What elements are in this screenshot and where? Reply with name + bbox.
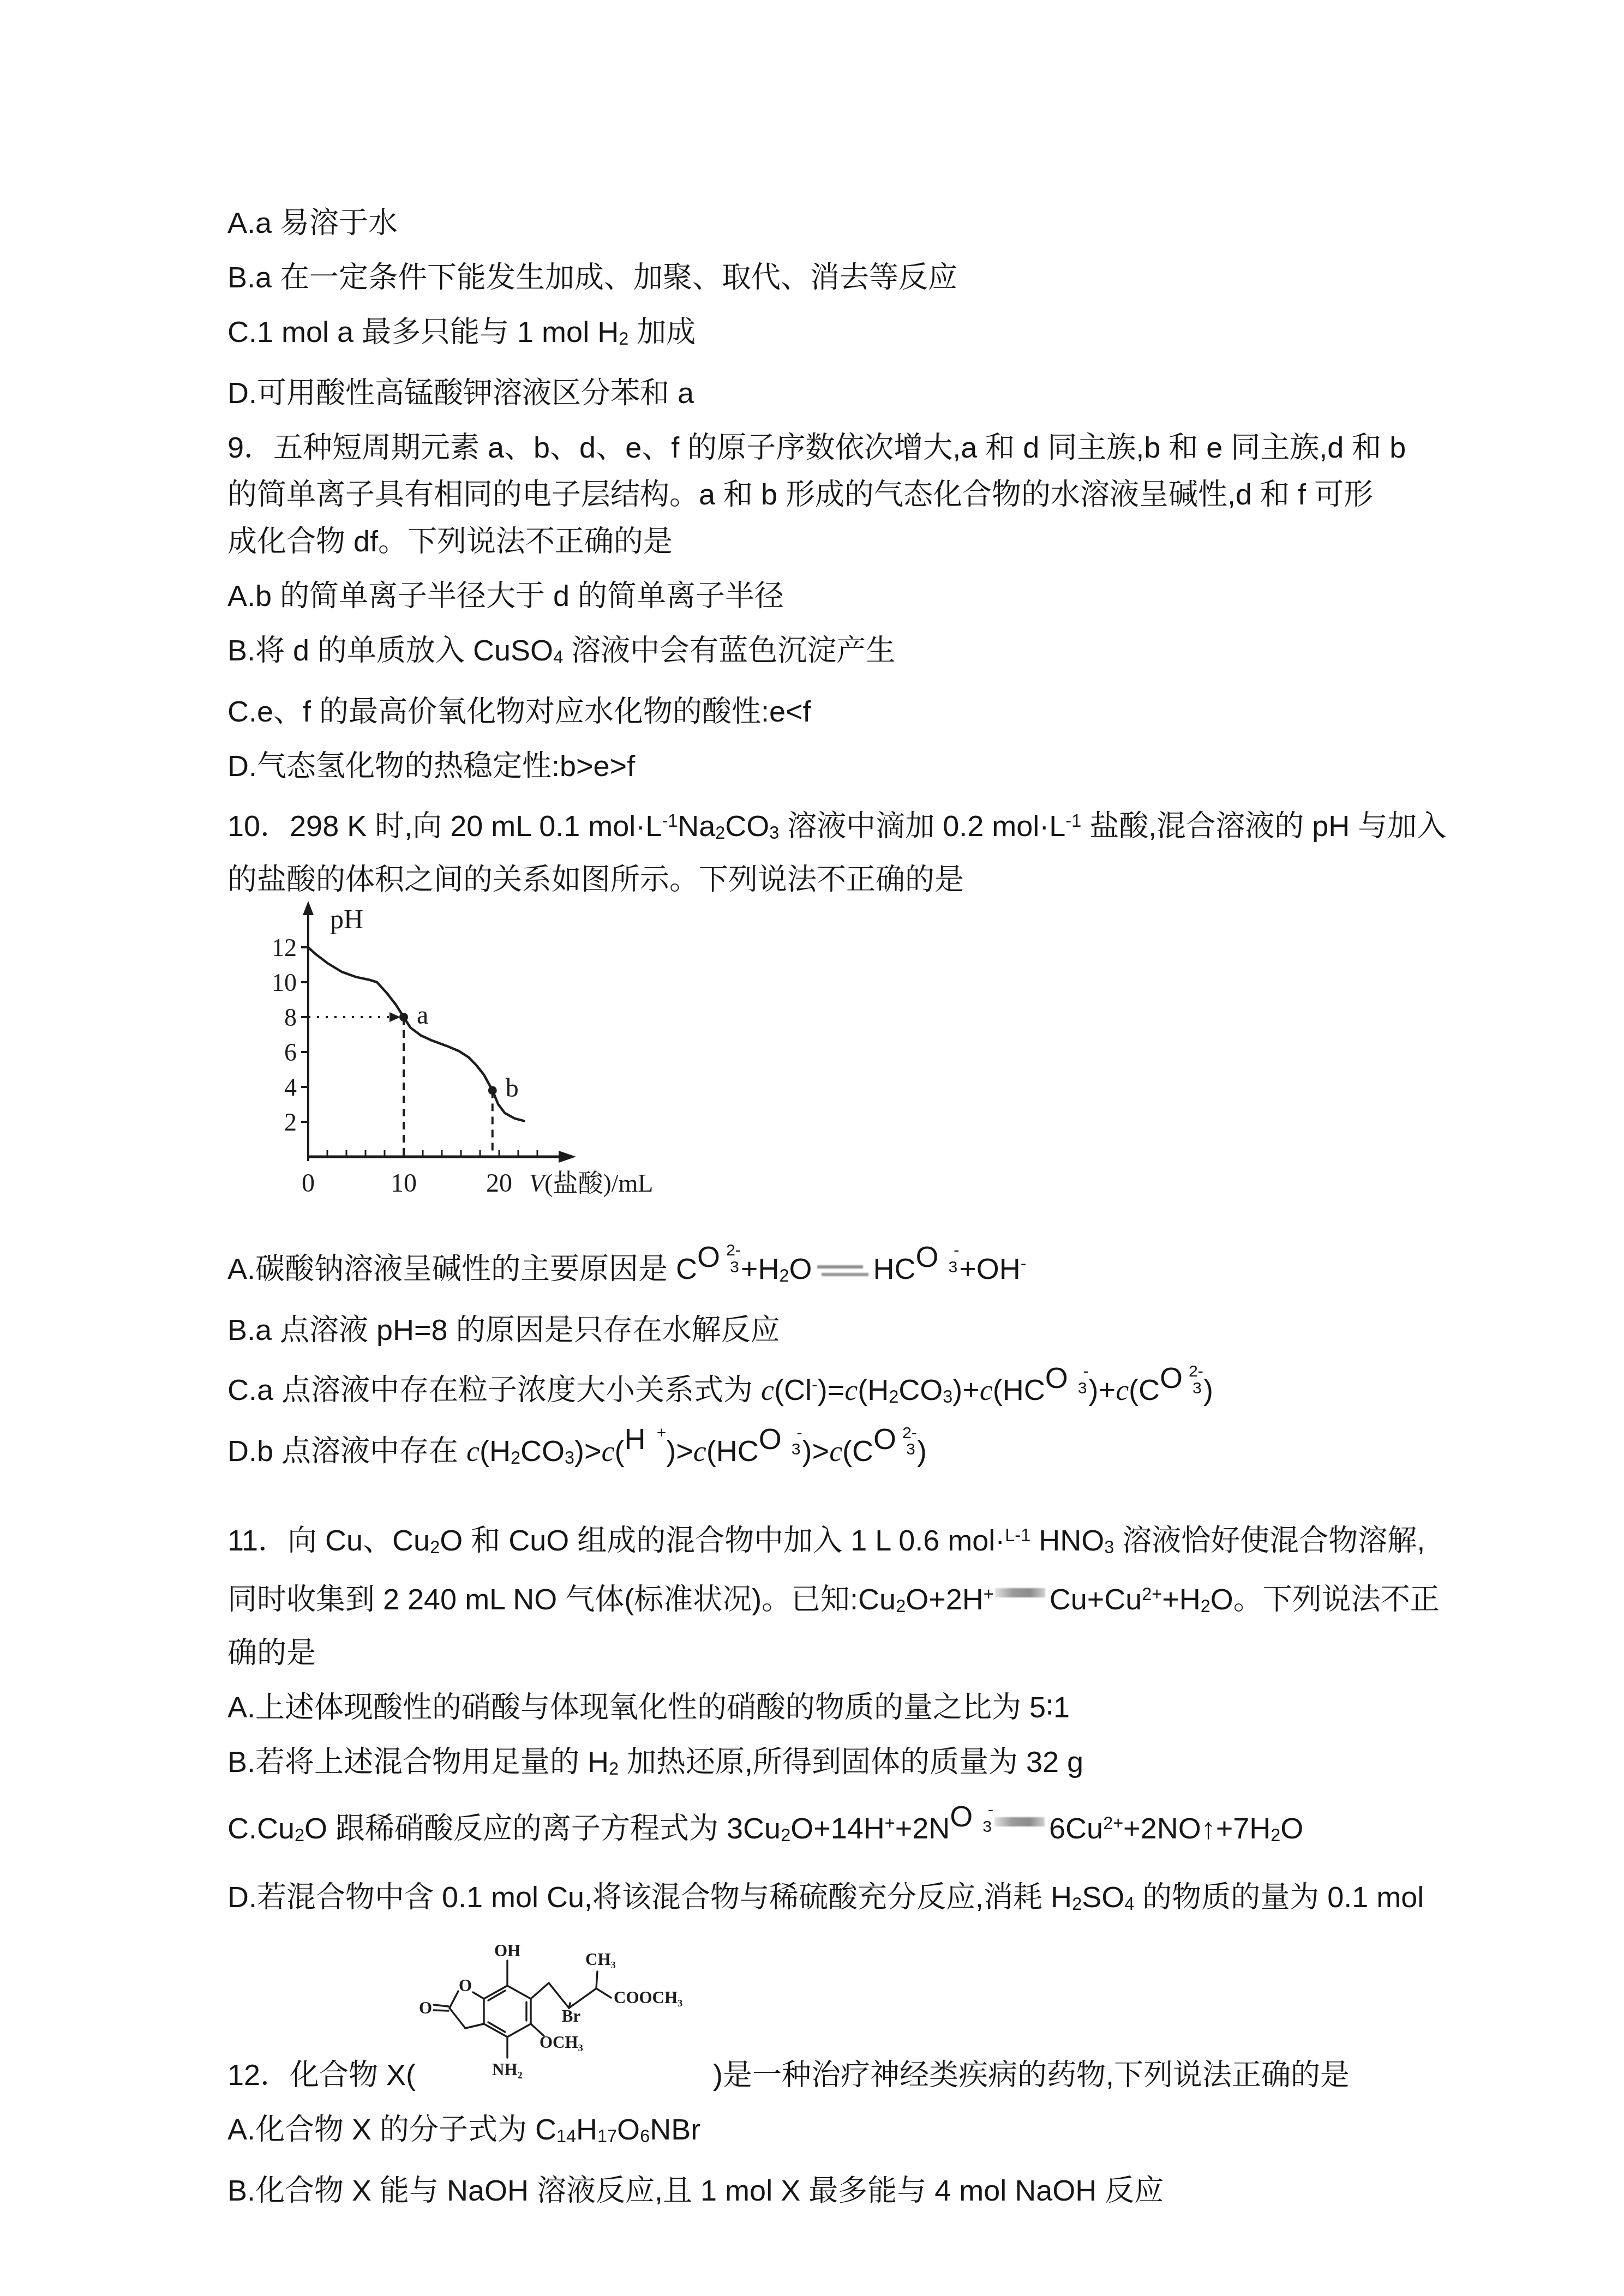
y-tick-label: 2 [284, 1108, 297, 1136]
text-run: A.化合物 X 的分子式为 C [227, 2113, 556, 2146]
text-run: Na [678, 810, 715, 843]
subscript: 4 [553, 647, 563, 667]
methyl-label: CH₃ [585, 1950, 616, 1969]
text-run: (H [480, 1435, 511, 1468]
superscript: + [885, 1813, 895, 1833]
text-run: 的物质的量为 0.1 mol [1134, 1881, 1424, 1914]
text-run: 溶液中滴加 0.2 mol·L [779, 810, 1065, 843]
ph-chart: 2468101201020pHV(盐酸)/mLab [273, 894, 698, 1205]
x-axis-title: V(盐酸)/mL [529, 1169, 653, 1197]
text-line: 9．五种短周期元素 a、b、d、e、f 的原子序数依次增大,a 和 d 同主族,… [227, 424, 1482, 471]
subscript: 3 [565, 1448, 574, 1468]
italic-symbol: c [980, 1374, 993, 1407]
subscript: 2 [889, 1387, 898, 1407]
text-run: +H [741, 1253, 780, 1285]
text-line: C.Cu2O 跟稀硝酸反应的离子方程式为 3Cu2O+14H++2NO-36Cu… [227, 1800, 1482, 1859]
methoxy-label: OCH₃ [540, 2033, 583, 2052]
superscript: 2+ [1103, 1813, 1123, 1833]
text-run: O+2H [906, 1583, 984, 1615]
raised-formula-fragment: O2-3 [873, 1436, 917, 1466]
x-tick-label: 20 [486, 1169, 512, 1198]
text-run: )= [818, 1374, 845, 1407]
text-run: +H [1162, 1583, 1201, 1615]
text-run: CO [725, 810, 769, 843]
text-run: (Cl [774, 1374, 812, 1407]
italic-symbol: c [693, 1435, 706, 1468]
superscript: -1 [1065, 811, 1081, 831]
carbonyl-oxygen-label: O [419, 1998, 432, 2017]
text-run: )> [666, 1435, 693, 1468]
superscript: - [812, 1375, 818, 1395]
text-line: 同时收集到 2 240 mL NO 气体(标准状况)。已知:Cu2O+2H+Cu… [227, 1571, 1482, 1630]
raised-formula-fragment: H+ [625, 1436, 667, 1466]
text-run: +2N [895, 1812, 950, 1845]
text-run: 10．298 K 时,向 20 mL 0.1 mol·L [227, 810, 662, 843]
subscript: 17 [597, 2126, 617, 2146]
text-run: O [1280, 1812, 1303, 1845]
text-line: 10．298 K 时,向 20 mL 0.1 mol·L-1Na2CO3 溶液中… [227, 797, 1482, 856]
ph-volume-chart-figure: 2468101201020pHV(盐酸)/mLab [273, 894, 1482, 1205]
question-block-10-11: A.碳酸钠溶液呈碱性的主要原因是 CO2-3+H2OHCO-3+OH-B.a 点… [227, 1240, 1482, 1927]
text-run: CO [898, 1374, 943, 1407]
text-line: B.若将上述混合物用足量的 H2 加热还原,所得到固体的质量为 32 g [227, 1739, 1482, 1792]
superscript: + [984, 1584, 994, 1604]
subscript: 3 [943, 1387, 952, 1407]
text-run: 确的是 [227, 1637, 316, 1669]
guide-arrowhead [389, 1012, 400, 1022]
text-run: 12．化合物 X( [227, 2059, 416, 2091]
reaction-arrow-smudge-icon [994, 1817, 1045, 1826]
text-run: A.b 的简单离子半径大于 d 的简单离子半径 [227, 580, 784, 612]
text-run: 加成 [628, 316, 696, 348]
x-tick-label: 10 [391, 1169, 417, 1198]
subscript: 2 [715, 823, 725, 843]
text-line: A.上述体现酸性的硝酸与体现氧化性的硝酸的物质的量之比为 5∶1 [227, 1684, 1482, 1731]
amino-label: NH₂ [492, 2060, 523, 2079]
italic-symbol: c [761, 1374, 774, 1407]
document-page: A.a 易溶于水B.a 在一定条件下能发生加成、加聚、取代、消去等反应C.1 m… [0, 0, 1624, 2296]
point-label-a: a [417, 1001, 428, 1030]
y-tick-label: 6 [284, 1038, 297, 1066]
text-run: (HC [706, 1435, 759, 1468]
question-block-8-10: A.a 易溶于水B.a 在一定条件下能发生加成、加聚、取代、消去等反应C.1 m… [227, 200, 1482, 903]
superscript: - [1021, 1254, 1027, 1273]
subscript: 2 [430, 1537, 440, 1557]
text-run: +OH [959, 1253, 1021, 1285]
exam-content: A.a 易溶于水B.a 在一定条件下能发生加成、加聚、取代、消去等反应C.1 m… [227, 192, 1482, 2214]
text-line: D.气态氢化物的热稳定性:b>e>f [227, 743, 1482, 790]
text-run: (HC [993, 1374, 1045, 1407]
text-run: B.a 点溶液 pH=8 的原因是只存在水解反应 [227, 1314, 780, 1347]
text-line: A.a 易溶于水 [227, 200, 1482, 247]
subscript: 2 [295, 1825, 304, 1845]
text-run: A.碳酸钠溶液呈碱性的主要原因是 C [227, 1253, 697, 1285]
text-line: 的简单离子具有相同的电子层结构。a 和 b 形成的气态化合物的水溶液呈碱性,d … [227, 471, 1482, 518]
text-run: ) [1203, 1374, 1213, 1407]
text-run: (C [1129, 1374, 1160, 1407]
text-line: A.化合物 X 的分子式为 C14H17O6NBr [227, 2106, 1482, 2160]
superscript: -1 [662, 811, 678, 831]
text-run: 的盐酸的体积之间的关系如图所示。下列说法不正确的是 [227, 863, 964, 896]
reaction-arrow-smudge-icon [995, 1588, 1045, 1597]
data-point-a [399, 1013, 408, 1021]
subscript: 2 [609, 1759, 619, 1778]
data-point-b [488, 1086, 497, 1095]
text-line: C.e、f 的最高价氧化物对应水化物的酸性:e<f [227, 688, 1482, 735]
text-run: )> [574, 1435, 602, 1468]
carbonyl-double-bond [434, 2010, 448, 2011]
text-run: 11．向 Cu、Cu [227, 1524, 430, 1556]
text-run: 成化合物 df。下列说法不正确的是 [227, 525, 673, 558]
subscript: 2 [619, 329, 628, 348]
y-tick-label: 8 [284, 1003, 297, 1031]
subscript: 2 [896, 1596, 906, 1616]
benzene-ring [484, 1986, 531, 2037]
subscript: 2 [1072, 1894, 1082, 1914]
molecule-structure: OH CH₃ O O Br COOCH₃ OCH₃ NH₂ [406, 1939, 712, 2081]
bond [596, 1972, 597, 1988]
text-run: NBr [650, 2113, 700, 2146]
text-run: )> [802, 1435, 830, 1468]
text-run: HC [873, 1253, 915, 1285]
text-run: Cu+Cu [1050, 1583, 1142, 1615]
text-run: O [789, 1253, 812, 1285]
text-line: A.b 的简单离子半径大于 d 的简单离子半径 [227, 573, 1482, 620]
text-run: D.气态氢化物的热稳定性:b>e>f [227, 750, 635, 783]
x-tick-label: 0 [302, 1169, 315, 1198]
text-line: 11．向 Cu、Cu2O 和 CuO 组成的混合物中加入 1 L 0.6 mol… [227, 1512, 1482, 1571]
raised-formula-fragment: O-3 [759, 1436, 802, 1466]
text-line: 确的是 [227, 1630, 1482, 1676]
text-run: 溶液中会有蓝色沉淀产生 [563, 634, 895, 667]
x-axis-arrow [559, 1151, 576, 1163]
bond [473, 1992, 484, 1999]
y-axis-arrow [303, 901, 314, 915]
question-12-block: OH CH₃ O O Br COOCH₃ OCH₃ NH₂ 12．化合物 X()… [227, 2052, 1482, 2099]
text-line: D.若混合物中含 0.1 mol Cu,将该混合物与稀硫酸充分反应,消耗 H2S… [227, 1874, 1482, 1927]
text-run: (C [842, 1435, 873, 1468]
text-run: ( [615, 1435, 625, 1468]
text-run: )+ [952, 1374, 980, 1407]
bromo-label: Br [562, 2006, 581, 2025]
text-run: O [617, 2113, 640, 2146]
text-line: C.a 点溶液中存在粒子浓度大小关系式为 c(Cl-)=c(H2CO3)+c(H… [227, 1361, 1482, 1420]
text-run: A.上述体现酸性的硝酸与体现氧化性的硝酸的物质的量之比为 5∶1 [227, 1691, 1070, 1724]
text-run: D.b 点溶液中存在 [227, 1435, 466, 1468]
text-run: B.化合物 X 能与 NaOH 溶液反应,且 1 mol X 最多能与 4 mo… [227, 2174, 1164, 2207]
text-run: O。下列说法不正 [1210, 1583, 1440, 1615]
text-line: C.1 mol a 最多只能与 1 mol H2 加成 [227, 309, 1482, 362]
ester-label: COOCH₃ [614, 1988, 682, 2007]
text-run: 6Cu [1049, 1812, 1103, 1845]
subscript: 2 [1201, 1596, 1210, 1616]
y-tick-label: 10 [272, 969, 297, 996]
subscript: 14 [556, 2126, 576, 2146]
ring-oxygen-label: O [459, 1976, 472, 1995]
text-run: (H [858, 1374, 889, 1407]
y-tick-label: 4 [284, 1073, 297, 1101]
text-line: B.化合物 X 能与 NaOH 溶液反应,且 1 mol X 最多能与 4 mo… [227, 2167, 1482, 2214]
text-run: 加热还原,所得到固体的质量为 32 g [619, 1746, 1083, 1778]
text-line: B.a 点溶液 pH=8 的原因是只存在水解反应 [227, 1307, 1482, 1354]
text-run: C.e、f 的最高价氧化物对应水化物的酸性:e<f [227, 695, 811, 728]
bond [465, 2024, 484, 2028]
subscript: 2 [779, 1266, 789, 1285]
raised-formula-fragment: O-3 [950, 1814, 993, 1843]
italic-symbol: c [602, 1435, 615, 1468]
text-run: D.若混合物中含 0.1 mol Cu,将该混合物与稀硫酸充分反应,消耗 H [227, 1881, 1072, 1914]
carbonyl-double-bond [434, 2005, 448, 2006]
point-label-b: b [506, 1074, 519, 1103]
side-chain [531, 1983, 611, 2008]
italic-symbol: c [1116, 1374, 1129, 1407]
hydroxyl-label: OH [494, 1941, 520, 1960]
subscript: 6 [640, 2126, 650, 2146]
text-run: O 和 CuO 组成的混合物中加入 1 L 0.6 mol· [440, 1524, 1005, 1556]
text-run: B.a 在一定条件下能发生加成、加聚、取代、消去等反应 [227, 261, 957, 294]
text-run: ) [917, 1435, 927, 1468]
y-tick-label: 12 [272, 934, 297, 961]
text-run: 盐酸,混合溶液的 pH 与加入 [1081, 810, 1446, 843]
text-run: 9．五种短周期元素 a、b、d、e、f 的原子序数依次增大,a 和 d 同主族,… [227, 431, 1406, 464]
text-run: A.a 易溶于水 [227, 207, 398, 239]
raised-formula-fragment: O2-3 [697, 1254, 741, 1284]
raised-formula-fragment: O2-3 [1160, 1375, 1203, 1405]
text-run: 溶液恰好使混合物溶解, [1114, 1524, 1425, 1556]
equilibrium-arrow-icon [815, 1261, 870, 1280]
text-run: 同时收集到 2 240 mL NO 气体(标准状况)。已知:Cu [227, 1583, 896, 1615]
text-line: D.可用酸性高锰酸钾溶液区分苯和 a [227, 370, 1482, 417]
text-run: O+14H [790, 1812, 885, 1845]
text-run: 的简单离子具有相同的电子层结构。a 和 b 形成的气态化合物的水溶液呈碱性,d … [227, 478, 1373, 511]
text-run: SO [1082, 1881, 1124, 1914]
superscript: L-1 [1005, 1525, 1030, 1545]
subscript: 3 [1104, 1537, 1114, 1557]
question-block-12-options: A.化合物 X 的分子式为 C14H17O6NBrB.化合物 X 能与 NaOH… [227, 2106, 1482, 2214]
superscript: 2+ [1142, 1584, 1162, 1604]
text-run: C.a 点溶液中存在粒子浓度大小关系式为 [227, 1374, 761, 1407]
text-run: +2NO↑+7H [1123, 1812, 1271, 1845]
structure-placeholder [416, 2084, 713, 2085]
text-run: )+ [1089, 1374, 1116, 1407]
text-run: D.可用酸性高锰酸钾溶液区分苯和 a [227, 377, 694, 410]
bond [450, 2008, 465, 2028]
y-axis-title: pH [330, 904, 363, 934]
text-line: A.碳酸钠溶液呈碱性的主要原因是 CO2-3+H2OHCO-3+OH- [227, 1240, 1482, 1299]
text-line: D.b 点溶液中存在 c(H2CO3)>c(H+)>c(HCO-3)>c(CO2… [227, 1428, 1482, 1481]
italic-symbol: c [844, 1374, 858, 1407]
text-line: B.a 在一定条件下能发生加成、加聚、取代、消去等反应 [227, 254, 1482, 301]
text-run: CO [520, 1435, 565, 1468]
subscript: 3 [769, 823, 779, 843]
subscript: 2 [511, 1448, 520, 1468]
text-run: C.Cu [227, 1812, 295, 1845]
text-run: H [576, 2113, 597, 2146]
raised-formula-fragment: O-3 [1045, 1375, 1089, 1405]
subscript: 2 [781, 1825, 790, 1845]
bond [450, 1991, 458, 2008]
text-run: HNO [1030, 1524, 1104, 1556]
raised-formula-fragment: O-3 [915, 1254, 959, 1284]
subscript: 2 [1271, 1825, 1280, 1845]
text-run: )是一种治疗神经类疾病的药物,下列说法正确的是 [713, 2059, 1350, 2091]
text-run: C.1 mol a 最多只能与 1 mol H [227, 316, 619, 348]
text-run: O 跟稀硝酸反应的离子方程式为 3Cu [304, 1812, 781, 1845]
text-line: B.将 d 的单质放入 CuSO4 溶液中会有蓝色沉淀产生 [227, 627, 1482, 681]
text-run: B.将 d 的单质放入 CuSO [227, 634, 553, 667]
italic-symbol: c [466, 1435, 480, 1468]
text-run: B.若将上述混合物用足量的 H [227, 1746, 609, 1778]
italic-symbol: c [829, 1435, 842, 1468]
text-line: 成化合物 df。下列说法不正确的是 [227, 518, 1482, 565]
subscript: 4 [1124, 1894, 1134, 1914]
